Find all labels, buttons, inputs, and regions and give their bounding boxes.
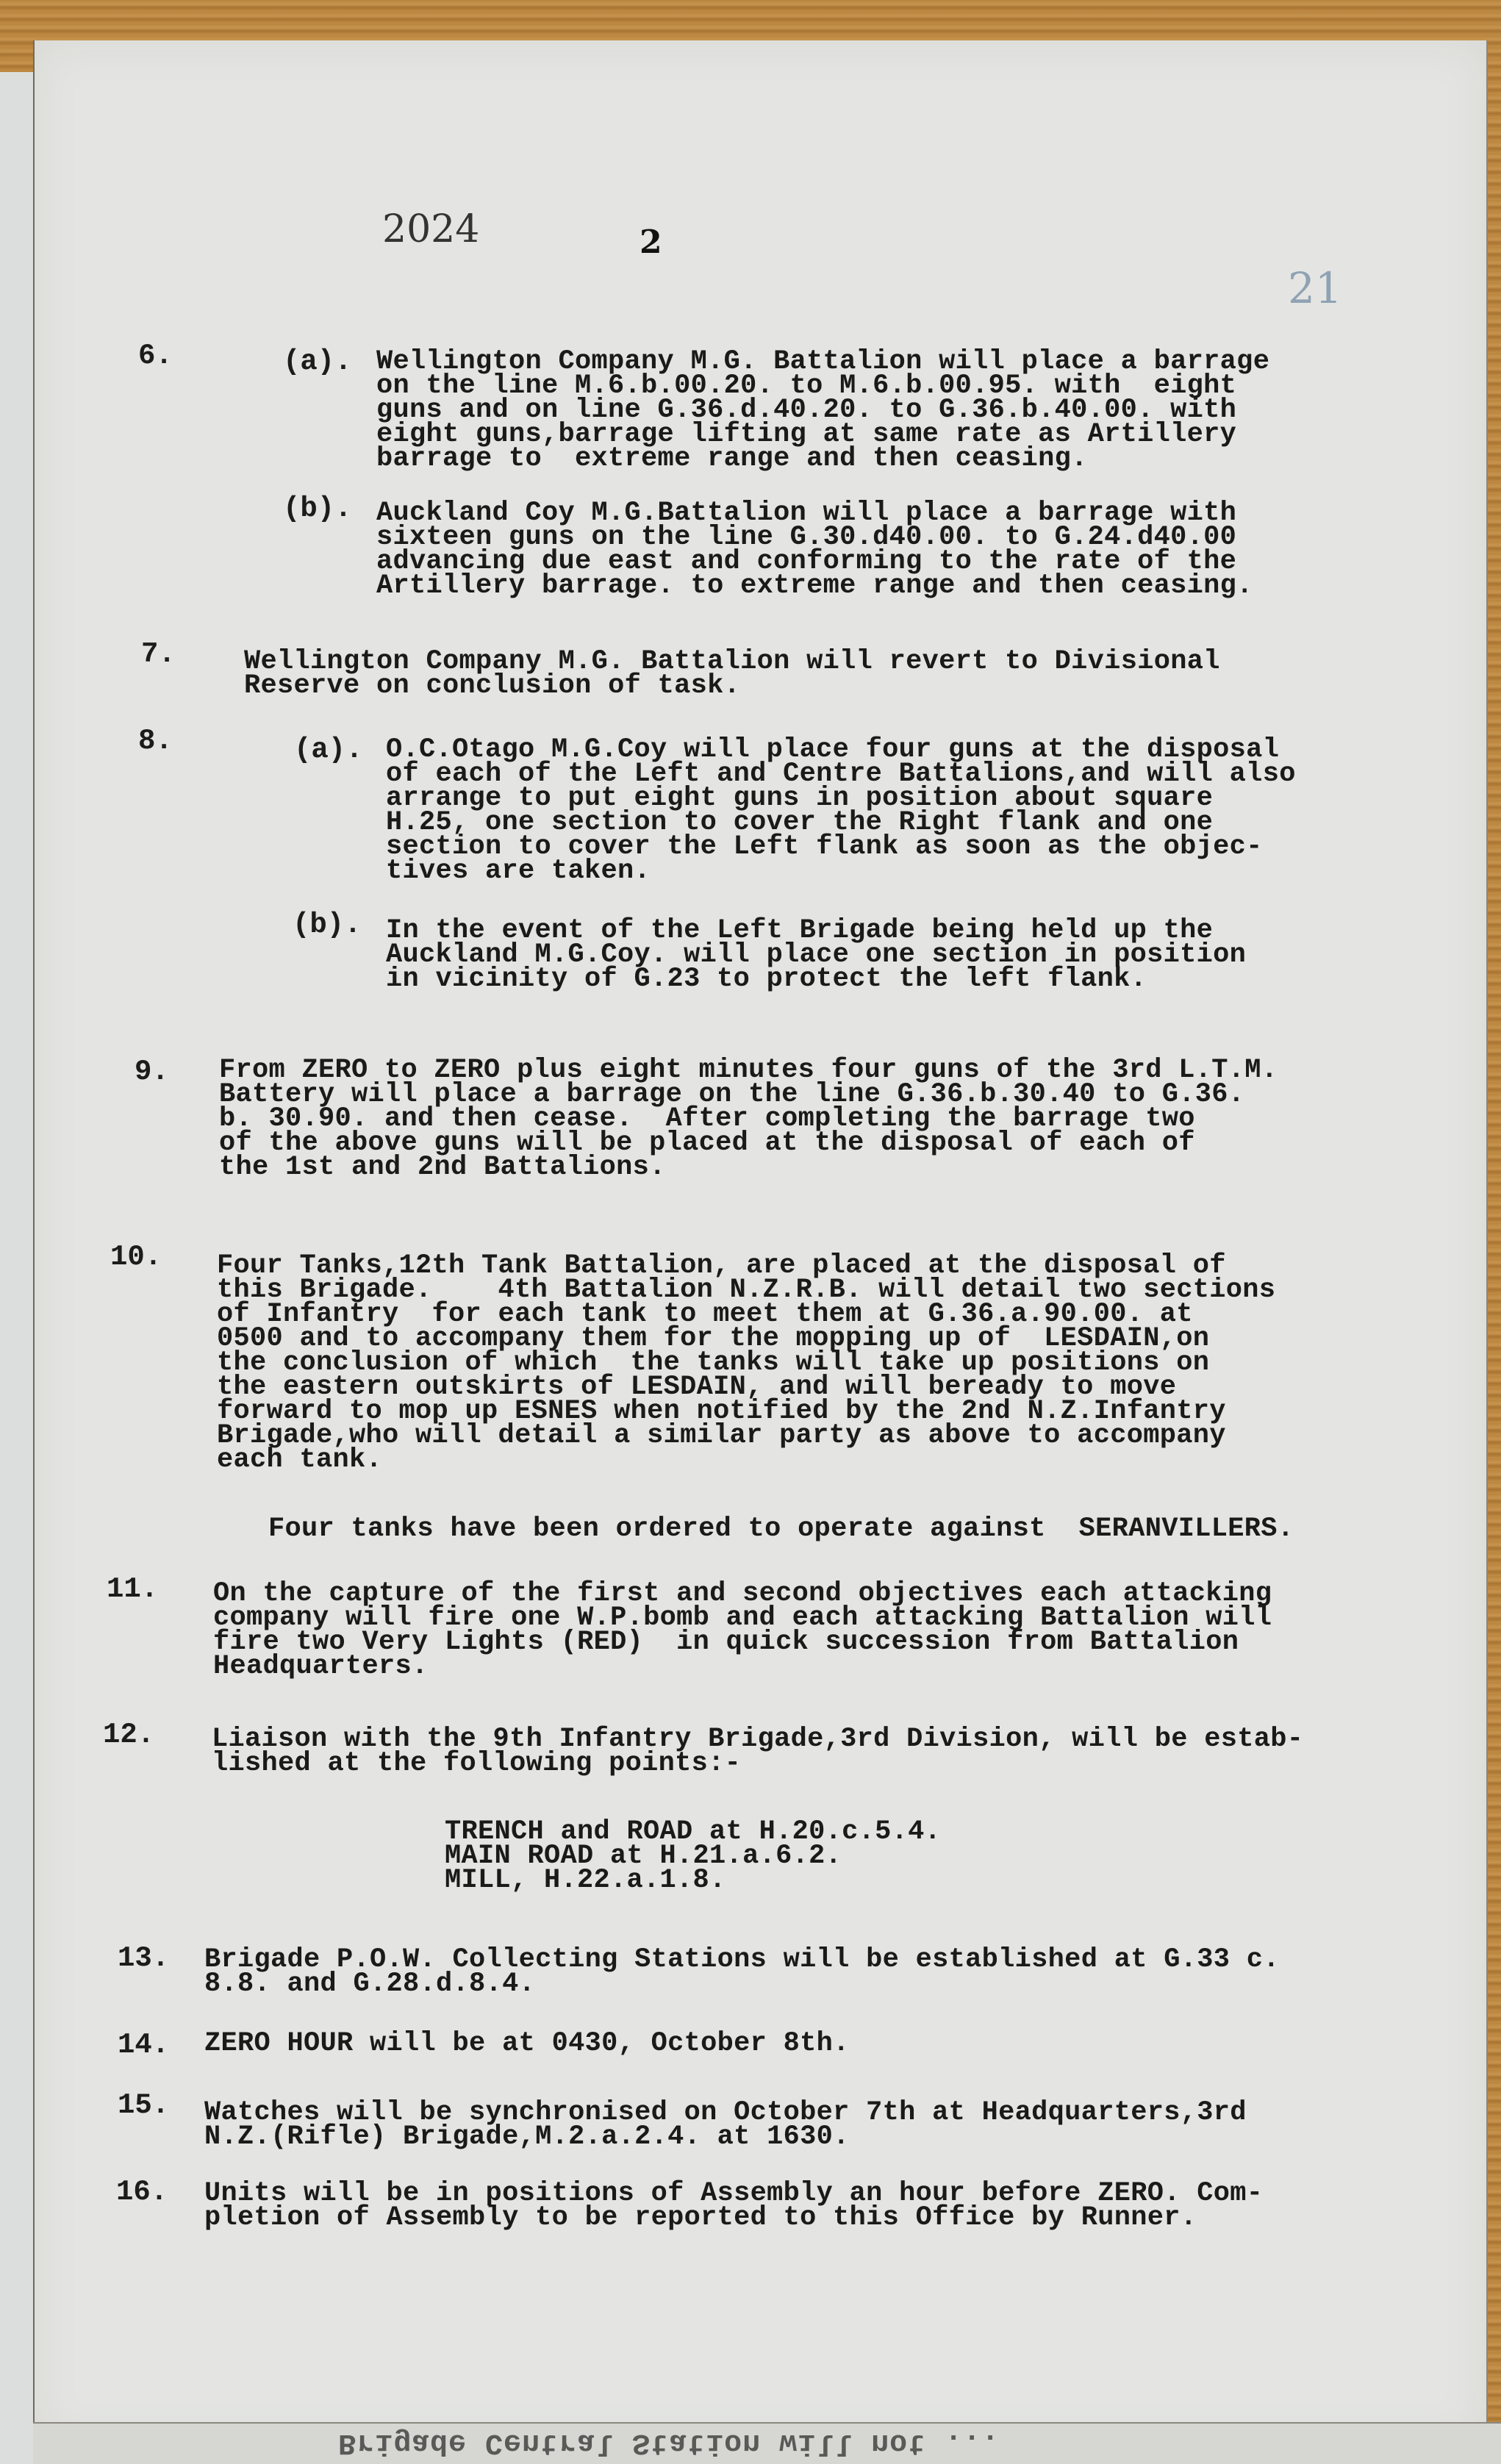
subparagraph-label: (a).	[283, 345, 352, 378]
paragraph-number: 8.	[138, 725, 173, 757]
paragraph-14: ZERO HOUR will be at 0430, October 8th.	[204, 2032, 850, 2056]
paragraph-number: 11.	[107, 1573, 158, 1605]
paragraph-number: 13.	[118, 1942, 169, 1974]
paragraph-6b: Auckland Coy M.G.Battalion will place a …	[376, 501, 1253, 598]
subparagraph-label: (a).	[294, 734, 363, 766]
paragraph-number: 15.	[118, 2089, 169, 2121]
paragraph-number: 9.	[135, 1056, 169, 1088]
paragraph-15: Watches will be synchronised on October …	[204, 2101, 1247, 2149]
paragraph-12: Liaison with the 9th Infantry Brigade,3r…	[212, 1727, 1303, 1776]
reference-number: 2024	[382, 207, 479, 251]
page-number: 2	[640, 223, 662, 261]
liaison-point: MILL, H.22.a.1.8.	[445, 1869, 941, 1893]
paragraph-number: 16.	[116, 2176, 168, 2208]
underlying-sheet-text: Brigade Central Station will not ...	[338, 2426, 1000, 2459]
paragraph-10-continuation: Four tanks have been ordered to operate …	[268, 1517, 1294, 1541]
subparagraph-label: (b).	[293, 909, 362, 941]
paragraph-6a: Wellington Company M.G. Battalion will p…	[376, 350, 1269, 471]
paragraph-number: 14.	[118, 2029, 169, 2061]
paragraph-7: Wellington Company M.G. Battalion will r…	[244, 650, 1220, 698]
paragraph-16: Units will be in positions of Assembly a…	[204, 2182, 1263, 2230]
subparagraph-label: (b).	[283, 493, 352, 525]
paragraph-number: 10.	[110, 1241, 162, 1273]
paragraph-10: Four Tanks,12th Tank Battalion, are plac…	[217, 1254, 1275, 1472]
folio-number: 21	[1288, 263, 1342, 313]
paragraph-8b: In the event of the Left Brigade being h…	[386, 919, 1246, 992]
paragraph-13: Brigade P.O.W. Collecting Stations will …	[204, 1948, 1280, 1996]
paragraph-number: 7.	[141, 638, 176, 670]
paragraph-number: 12.	[103, 1719, 154, 1751]
paragraph-11: On the capture of the first and second o…	[213, 1582, 1272, 1679]
paragraph-number: 6.	[138, 340, 173, 372]
paragraph-9: From ZERO to ZERO plus eight minutes fou…	[219, 1059, 1278, 1180]
paragraph-8a: O.C.Otago M.G.Coy will place four guns a…	[386, 738, 1296, 884]
liaison-points-list: TRENCH and ROAD at H.20.c.5.4. MAIN ROAD…	[445, 1820, 941, 1893]
